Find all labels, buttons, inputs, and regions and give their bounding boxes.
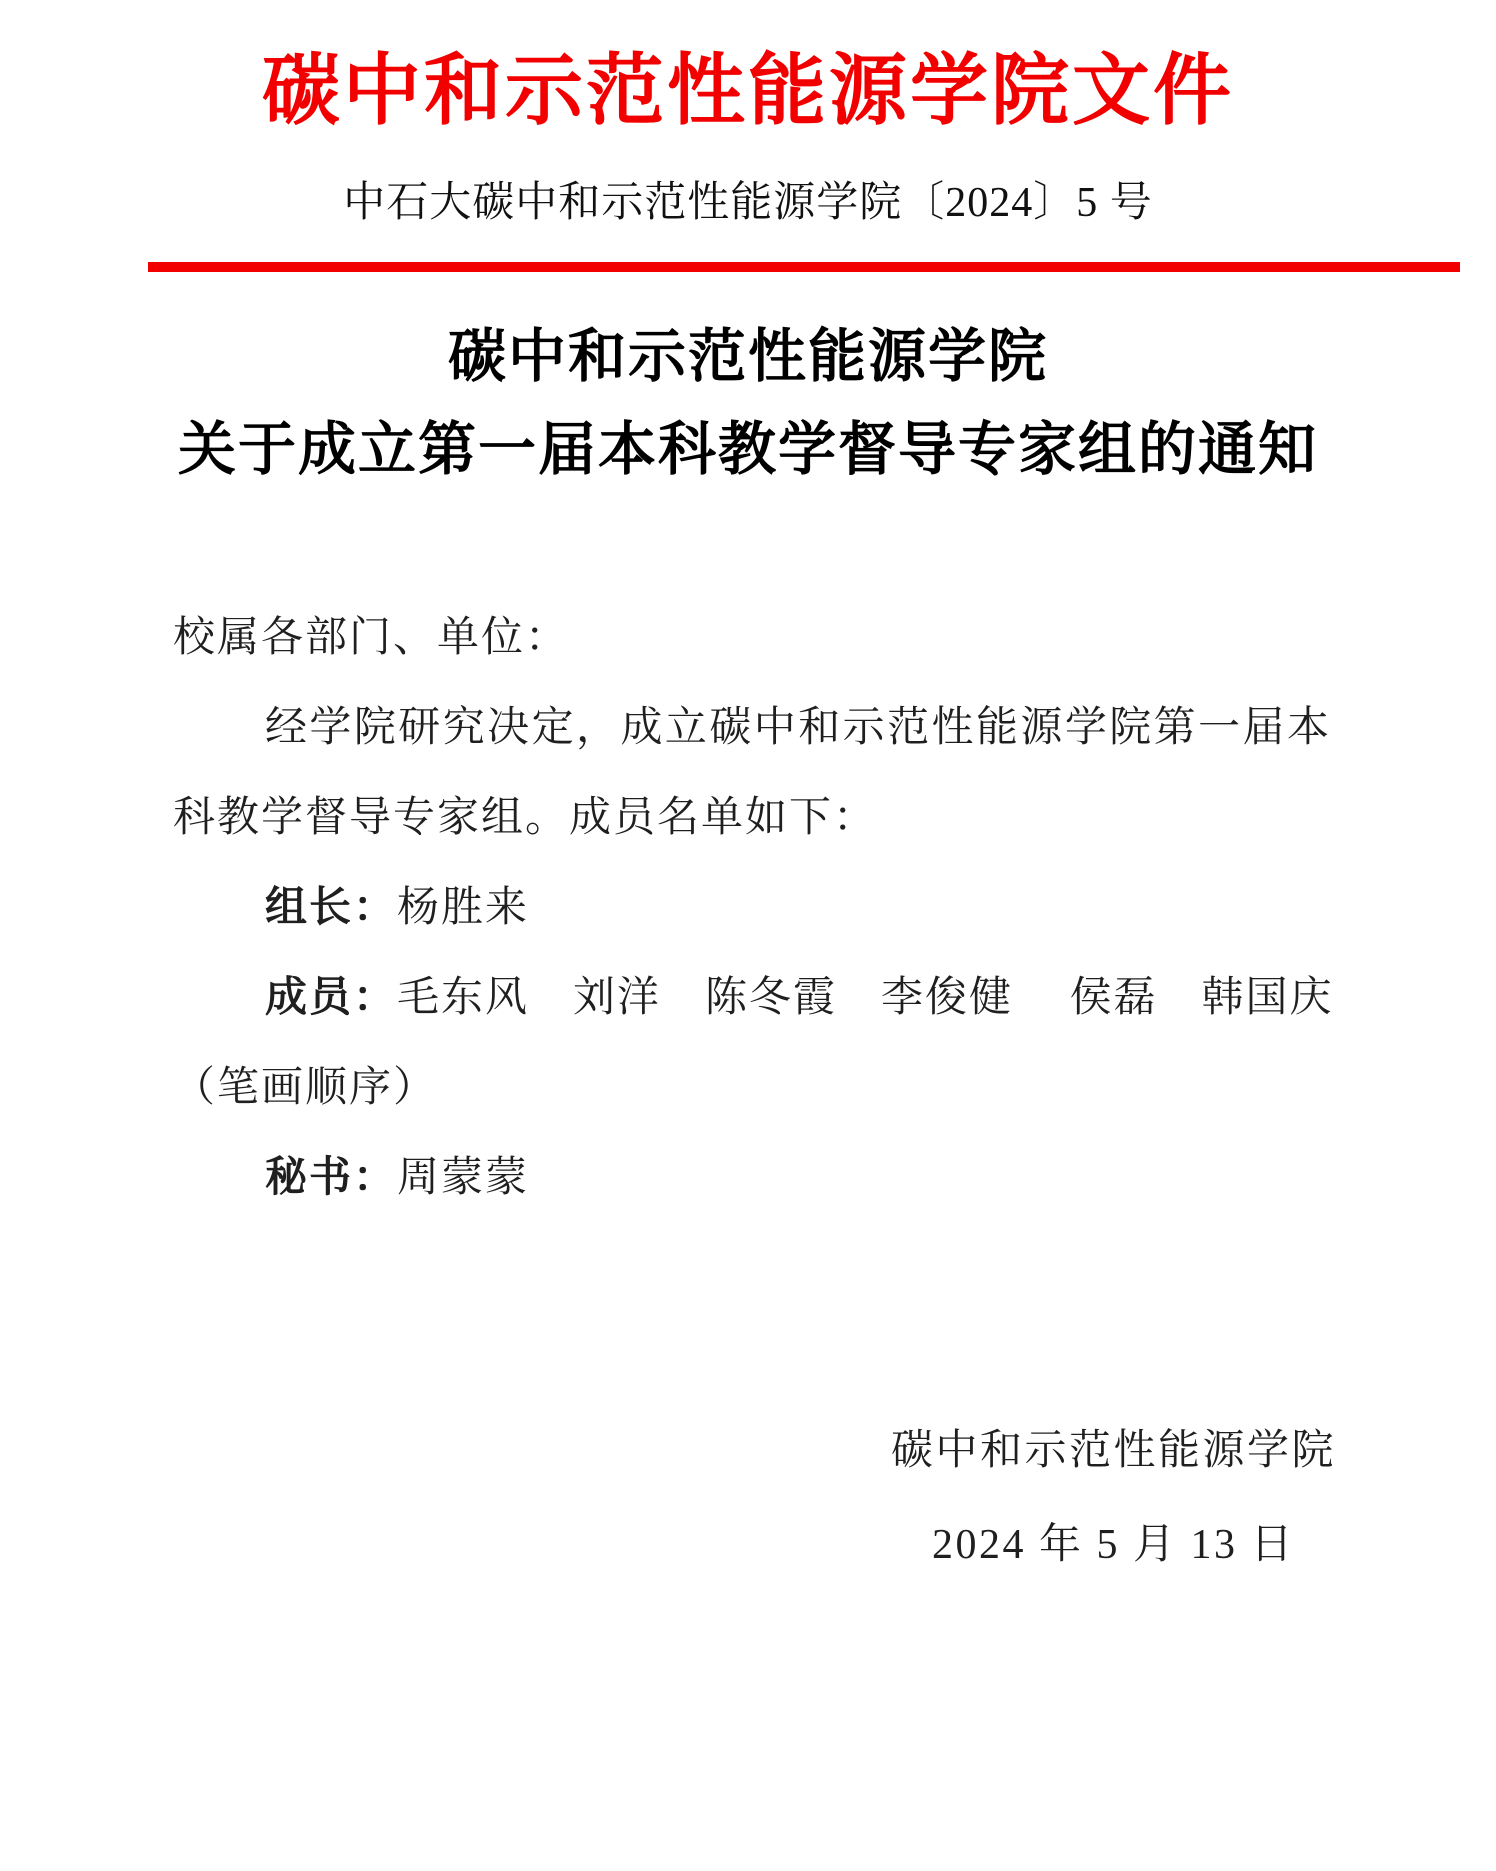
letterhead-title: 碳中和示范性能源学院文件: [0, 48, 1496, 134]
secretary-label: 秘书：: [265, 1155, 397, 1201]
document-number: 中石大碳中和示范性能源学院〔2024〕5 号: [0, 178, 1496, 228]
document-body: 校属各部门、单位： 经学院研究决定，成立碳中和示范性能源学院第一届本 科教学督导…: [173, 593, 1331, 1223]
leader-label: 组长：: [265, 885, 397, 931]
signature-date: 2024 年 5 月 13 日: [891, 1498, 1336, 1592]
document-page: 碳中和示范性能源学院文件 中石大碳中和示范性能源学院〔2024〕5 号 碳中和示…: [0, 0, 1496, 1871]
signature-block: 碳中和示范性能源学院 2024 年 5 月 13 日: [891, 1404, 1336, 1592]
signature-org: 碳中和示范性能源学院: [891, 1404, 1336, 1498]
notice-title-line1: 碳中和示范性能源学院: [0, 310, 1496, 403]
paragraph-line-2: 科教学督导专家组。成员名单如下：: [173, 773, 1331, 863]
leader-line: 组长：杨胜来: [173, 863, 1331, 953]
secretary-line: 秘书：周蒙蒙: [173, 1133, 1331, 1223]
members-label: 成员：: [265, 975, 397, 1021]
members-names: 毛东风 刘洋 陈冬霞 李俊健 侯磊 韩国庆: [397, 975, 1334, 1021]
secretary-name: 周蒙蒙: [397, 1155, 529, 1201]
red-divider-line: [148, 262, 1460, 272]
paragraph-line-1: 经学院研究决定，成立碳中和示范性能源学院第一届本: [173, 683, 1331, 773]
members-line: 成员：毛东风 刘洋 陈冬霞 李俊健 侯磊 韩国庆: [173, 953, 1331, 1043]
notice-title-line2: 关于成立第一届本科教学督导专家组的通知: [0, 403, 1496, 496]
salutation: 校属各部门、单位：: [173, 593, 1331, 683]
notice-title: 碳中和示范性能源学院 关于成立第一届本科教学督导专家组的通知: [0, 310, 1496, 496]
leader-name: 杨胜来: [397, 885, 529, 931]
members-note: （笔画顺序）: [173, 1043, 1331, 1133]
